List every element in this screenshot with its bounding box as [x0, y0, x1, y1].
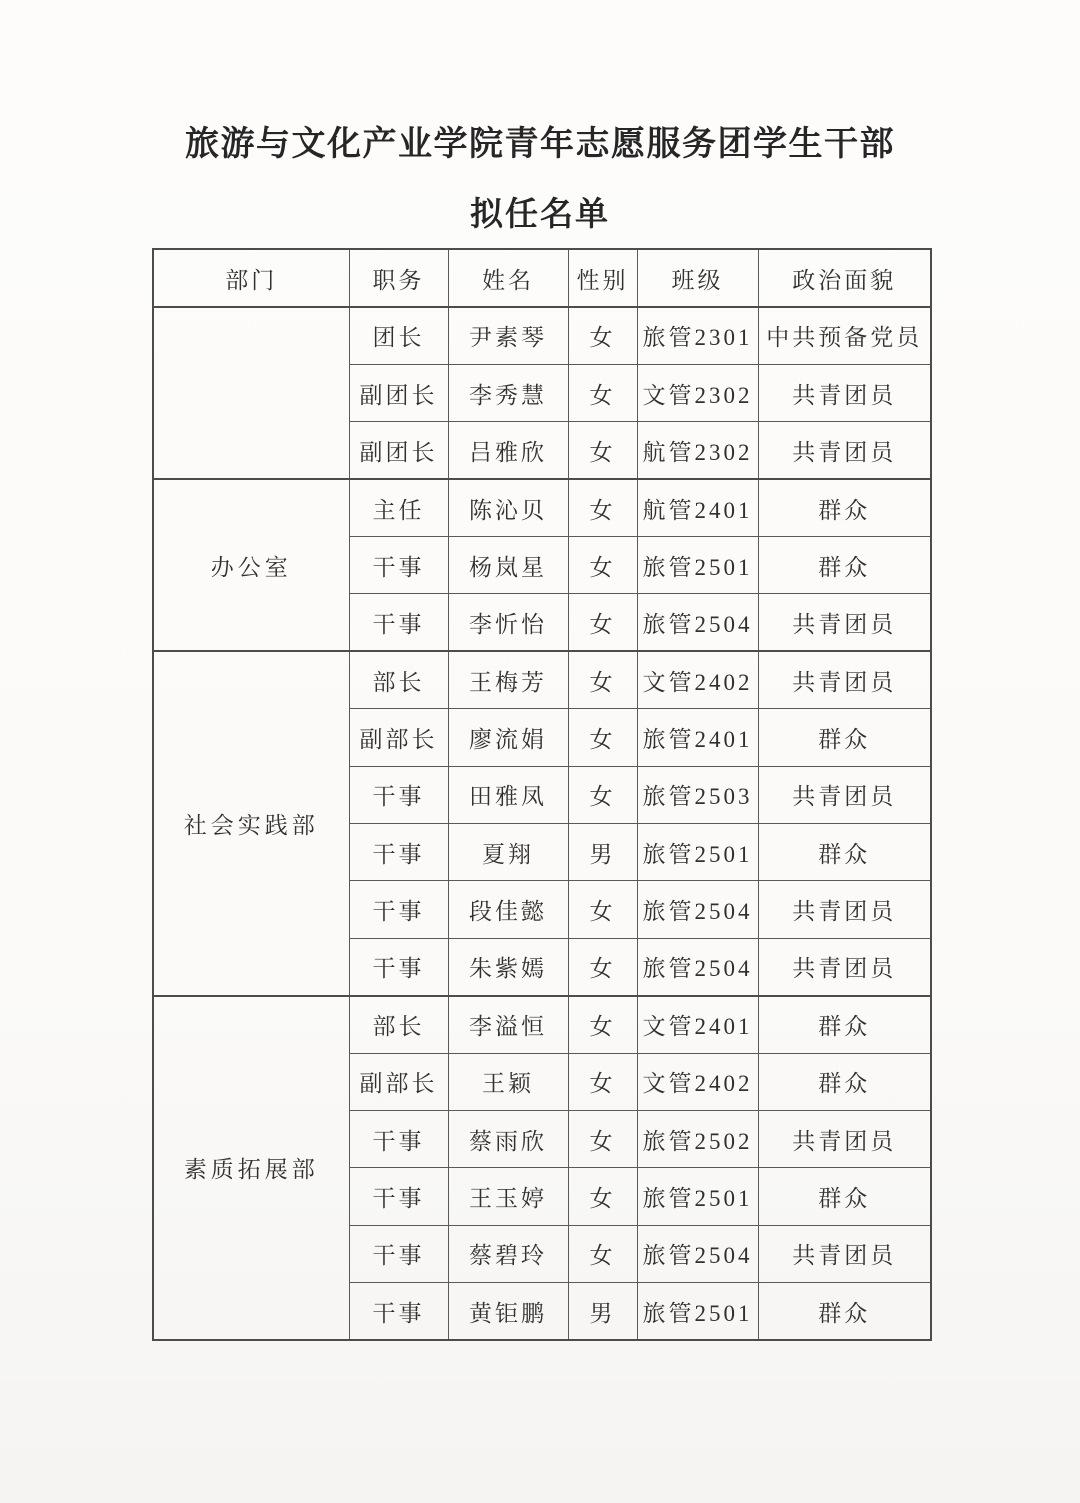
table-row: 办公室主任陈沁贝女航管2401群众 — [153, 479, 931, 536]
class-cell: 旅管2504 — [637, 881, 758, 938]
position-cell: 干事 — [349, 824, 448, 881]
political-cell: 共青团员 — [758, 1110, 931, 1167]
political-cell: 共青团员 — [758, 938, 931, 995]
class-cell: 旅管2301 — [637, 307, 758, 364]
gender-cell: 女 — [568, 422, 637, 479]
column-header-class: 班级 — [637, 249, 758, 307]
name-cell: 夏翔 — [448, 824, 568, 881]
class-cell: 文管2402 — [637, 651, 758, 708]
name-cell: 王玉婷 — [448, 1168, 568, 1225]
political-cell: 中共预备党员 — [758, 307, 931, 364]
name-cell: 段佳懿 — [448, 881, 568, 938]
position-cell: 干事 — [349, 766, 448, 823]
gender-cell: 女 — [568, 594, 637, 651]
gender-cell: 女 — [568, 1168, 637, 1225]
name-cell: 廖流娟 — [448, 709, 568, 766]
position-cell: 副部长 — [349, 709, 448, 766]
name-cell: 尹素琴 — [448, 307, 568, 364]
political-cell: 共青团员 — [758, 422, 931, 479]
name-cell: 王梅芳 — [448, 651, 568, 708]
position-cell: 干事 — [349, 938, 448, 995]
gender-cell: 女 — [568, 1225, 637, 1282]
name-cell: 王颖 — [448, 1053, 568, 1110]
class-cell: 旅管2504 — [637, 938, 758, 995]
name-cell: 杨岚星 — [448, 537, 568, 594]
political-cell: 群众 — [758, 1283, 931, 1340]
name-cell: 黄钜鹏 — [448, 1283, 568, 1340]
department-cell: 社会实践部 — [153, 651, 349, 995]
political-cell: 共青团员 — [758, 766, 931, 823]
class-cell: 旅管2501 — [637, 537, 758, 594]
political-cell: 群众 — [758, 996, 931, 1053]
position-cell: 副团长 — [349, 364, 448, 421]
name-cell: 李秀慧 — [448, 364, 568, 421]
gender-cell: 女 — [568, 1110, 637, 1167]
class-cell: 航管2302 — [637, 422, 758, 479]
political-cell: 共青团员 — [758, 594, 931, 651]
position-cell: 干事 — [349, 1225, 448, 1282]
class-cell: 旅管2504 — [637, 594, 758, 651]
gender-cell: 女 — [568, 1053, 637, 1110]
position-cell: 干事 — [349, 537, 448, 594]
gender-cell: 女 — [568, 364, 637, 421]
class-cell: 旅管2503 — [637, 766, 758, 823]
class-cell: 航管2401 — [637, 479, 758, 536]
appointment-table: 部门 职务 姓名 性别 班级 政治面貌 团长尹素琴女旅管2301中共预备党员副团… — [152, 248, 932, 1341]
document-title-line1: 旅游与文化产业学院青年志愿服务团学生干部 — [0, 116, 1080, 165]
position-cell: 副团长 — [349, 422, 448, 479]
column-header-gender: 性别 — [568, 249, 637, 307]
department-cell — [153, 307, 349, 479]
gender-cell: 男 — [568, 1283, 637, 1340]
name-cell: 蔡雨欣 — [448, 1110, 568, 1167]
table-row: 素质拓展部部长李溢恒女文管2401群众 — [153, 996, 931, 1053]
class-cell: 旅管2504 — [637, 1225, 758, 1282]
document-page: 旅游与文化产业学院青年志愿服务团学生干部 拟任名单 部门 职务 姓名 性别 班级… — [0, 0, 1080, 1503]
class-cell: 文管2302 — [637, 364, 758, 421]
header-row: 部门 职务 姓名 性别 班级 政治面貌 — [153, 249, 931, 307]
column-header-name: 姓名 — [448, 249, 568, 307]
position-cell: 部长 — [349, 996, 448, 1053]
name-cell: 朱紫嫣 — [448, 938, 568, 995]
gender-cell: 女 — [568, 938, 637, 995]
gender-cell: 女 — [568, 537, 637, 594]
gender-cell: 女 — [568, 709, 637, 766]
position-cell: 干事 — [349, 1110, 448, 1167]
political-cell: 共青团员 — [758, 364, 931, 421]
document-title-line2: 拟任名单 — [0, 188, 1080, 235]
name-cell: 李溢恒 — [448, 996, 568, 1053]
table-row: 社会实践部部长王梅芳女文管2402共青团员 — [153, 651, 931, 708]
column-header-political: 政治面貌 — [758, 249, 931, 307]
name-cell: 吕雅欣 — [448, 422, 568, 479]
class-cell: 旅管2501 — [637, 1283, 758, 1340]
department-cell: 素质拓展部 — [153, 996, 349, 1340]
political-cell: 共青团员 — [758, 881, 931, 938]
gender-cell: 女 — [568, 307, 637, 364]
position-cell: 干事 — [349, 594, 448, 651]
gender-cell: 女 — [568, 766, 637, 823]
class-cell: 旅管2501 — [637, 824, 758, 881]
class-cell: 旅管2502 — [637, 1110, 758, 1167]
political-cell: 群众 — [758, 479, 931, 536]
position-cell: 干事 — [349, 1168, 448, 1225]
position-cell: 副部长 — [349, 1053, 448, 1110]
position-cell: 干事 — [349, 881, 448, 938]
column-header-department: 部门 — [153, 249, 349, 307]
gender-cell: 女 — [568, 651, 637, 708]
political-cell: 群众 — [758, 537, 931, 594]
column-header-position: 职务 — [349, 249, 448, 307]
name-cell: 陈沁贝 — [448, 479, 568, 536]
political-cell: 共青团员 — [758, 1225, 931, 1282]
position-cell: 团长 — [349, 307, 448, 364]
name-cell: 蔡碧玲 — [448, 1225, 568, 1282]
table-row: 团长尹素琴女旅管2301中共预备党员 — [153, 307, 931, 364]
class-cell: 文管2402 — [637, 1053, 758, 1110]
position-cell: 部长 — [349, 651, 448, 708]
political-cell: 群众 — [758, 1168, 931, 1225]
gender-cell: 女 — [568, 996, 637, 1053]
department-cell: 办公室 — [153, 479, 349, 651]
name-cell: 田雅凤 — [448, 766, 568, 823]
position-cell: 干事 — [349, 1283, 448, 1340]
gender-cell: 男 — [568, 824, 637, 881]
political-cell: 共青团员 — [758, 651, 931, 708]
political-cell: 群众 — [758, 709, 931, 766]
political-cell: 群众 — [758, 1053, 931, 1110]
political-cell: 群众 — [758, 824, 931, 881]
gender-cell: 女 — [568, 479, 637, 536]
gender-cell: 女 — [568, 881, 637, 938]
name-cell: 李忻怡 — [448, 594, 568, 651]
position-cell: 主任 — [349, 479, 448, 536]
class-cell: 旅管2501 — [637, 1168, 758, 1225]
class-cell: 旅管2401 — [637, 709, 758, 766]
class-cell: 文管2401 — [637, 996, 758, 1053]
